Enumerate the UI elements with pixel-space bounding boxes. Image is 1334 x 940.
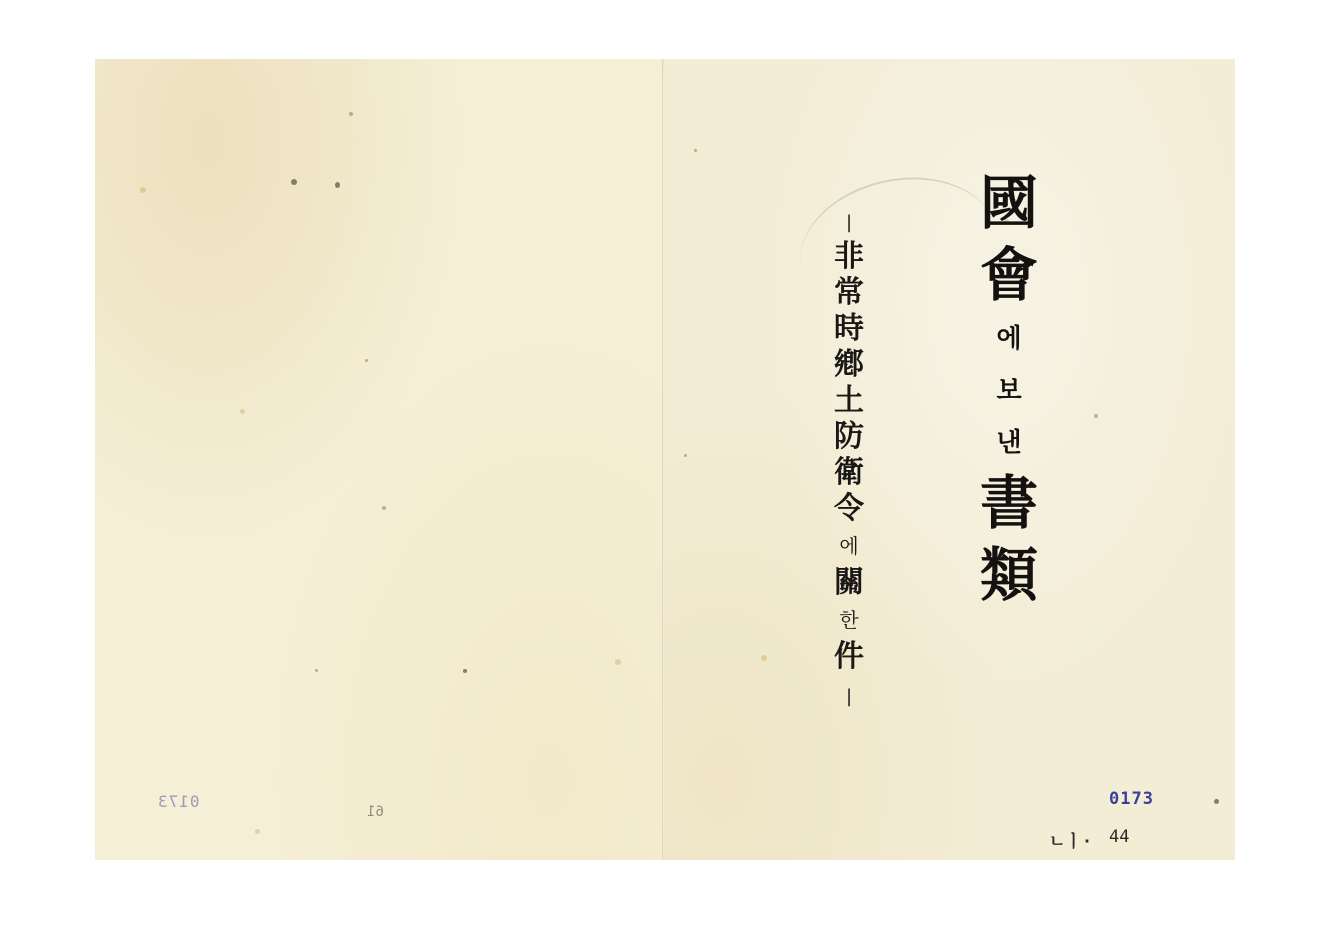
title-char: 에 <box>996 326 1021 352</box>
paper-speck <box>365 359 368 362</box>
paper-stain <box>255 829 260 834</box>
subtitle-char: 衛 <box>834 458 864 488</box>
title-char: 國 <box>980 174 1038 232</box>
paper-speck <box>291 179 297 185</box>
paper-stain <box>240 409 245 414</box>
subtitle-dash-start: | <box>846 214 852 232</box>
title-char: 類 <box>980 546 1038 604</box>
bleed-through-page-number: 61 <box>367 804 384 820</box>
paper-speck <box>382 506 386 510</box>
title-char: 書 <box>980 474 1038 532</box>
title-char: 會 <box>980 246 1038 304</box>
title-char: 보 <box>996 378 1021 404</box>
subtitle-vertical: | 非 常 時 鄕 土 防 衛 令 에 關 한 件 | <box>824 212 874 706</box>
archive-stamp-number: 0173 <box>1109 789 1154 809</box>
page-code: ㄴㅣ· <box>1049 827 1092 852</box>
right-page: | 非 常 時 鄕 土 防 衛 令 에 關 한 件 | 國 會 에 보 낸 書 … <box>664 59 1235 860</box>
paper-speck <box>684 454 687 457</box>
paper-speck <box>315 669 318 672</box>
paper-speck <box>335 182 340 188</box>
subtitle-char: 土 <box>834 386 864 416</box>
subtitle-char: 關 <box>834 568 864 598</box>
paper-speck <box>463 669 467 673</box>
subtitle-char: 常 <box>834 278 864 308</box>
scanned-document-sheet: 0173 61 | 非 常 時 鄕 土 防 衛 令 에 關 한 件 | 國 <box>95 59 1235 860</box>
main-title-vertical: 國 會 에 보 낸 書 類 <box>964 174 1054 618</box>
subtitle-char: 時 <box>834 314 864 344</box>
left-page: 0173 61 <box>95 59 663 860</box>
page-number: 44 <box>1109 827 1129 847</box>
subtitle-char: 非 <box>834 242 864 272</box>
subtitle-char: 한 <box>839 610 858 630</box>
paper-stain <box>761 655 767 661</box>
paper-stain <box>140 187 146 193</box>
paper-speck <box>694 149 697 152</box>
subtitle-char: 令 <box>834 494 864 524</box>
bleed-through-archive-number: 0173 <box>157 792 200 811</box>
subtitle-dash-end: | <box>846 688 852 706</box>
subtitle-char: 鄕 <box>834 350 864 380</box>
subtitle-char: 防 <box>834 422 864 452</box>
paper-speck <box>1214 799 1219 804</box>
paper-speck <box>1094 414 1098 418</box>
paper-stain <box>615 659 621 665</box>
title-char: 낸 <box>996 430 1021 456</box>
subtitle-char: 件 <box>834 642 864 672</box>
subtitle-char: 에 <box>839 536 858 556</box>
paper-speck <box>349 112 353 116</box>
